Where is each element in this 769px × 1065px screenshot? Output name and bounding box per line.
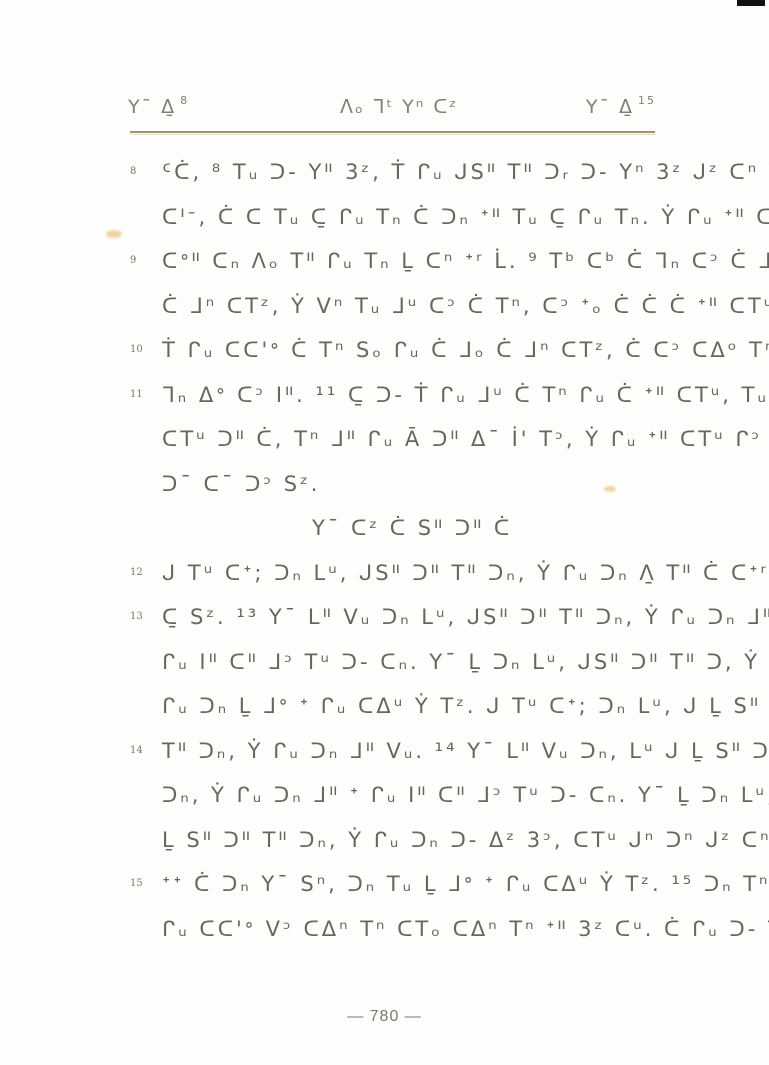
text-line: Ḻ Sᐦ ᑐᐦ Tᐦ ᑐₙ, Ẏ ᒋᵤ ᑐₙ ᑐ- ᐃᶻ 3ᵓ, ᑕTᵘ ᒍⁿ … — [130, 828, 670, 873]
line-text: ᑐₙ, Ẏ ᒋᵤ ᑐₙ ᒧᐦ ᐩ ᒋᵤ Iᐦ ᑕᐦ ᒧᵓ Tᵘ ᑐ- ᑕₙ. Y… — [162, 783, 769, 807]
header-left: Yˉ ᐃ̱8 — [128, 96, 189, 118]
line-text: ᑐˉ ᑕˉ ᑐᵓ Sᶻ. — [162, 472, 320, 496]
line-text: ᑕᐤᐦ ᑕₙ ᐱₒ Tᐦ ᒋᵤ Tₙ Ḻ ᑕⁿ ᐩʳ L̇. ⁹ Tᵇ ᑕᵇ ᑖ… — [162, 249, 769, 273]
line-text: ᑕ̱ Sᶻ. ¹³ Yˉ Lᐦ Vᵤ ᑐₙ Lᵘ, ᒍSᐦ ᑐᐦ Tᐦ ᑐₙ, … — [162, 605, 769, 629]
text-line: 10Ṫ ᒋᵤ ᑕᑕ'ᐤ ᑖ Tⁿ Sₒ ᒋᵤ ᑖ ᒧₒ ᑖ ᒧⁿ ᑕTᶻ, ᑖ … — [130, 338, 670, 383]
paper-stain — [106, 230, 122, 238]
text-line: ᑕTᵘ ᑐᐦ ᑖ, Tⁿ ᒧᐦ ᒋᵤ Ā ᑐᐦ ᐃˉ İ' Tᵓ, Ẏ ᒋᵤ ᐩ… — [130, 427, 670, 472]
text-line: ᒋᵤ Iᐦ ᑕᐦ ᒧᵓ Tᵘ ᑐ- ᑕₙ. Yˉ Ḻ ᑐₙ Lᵘ, ᒍSᐦ ᑐᐦ… — [130, 650, 670, 695]
line-text: ᑦᑖ, ⁸ Tᵤ ᑐ- Yᐦ 3ᶻ, Ṫ ᒋᵤ ᒍSᐦ Tᐦ ᑐᵣ ᑐ- Yⁿ … — [162, 160, 769, 184]
text-line: ᑖ ᒧⁿ ᑕTᶻ, Ẏ Vⁿ Tᵤ ᒧᵘ ᑕᵓ ᑖ Tⁿ, ᑕᵓ ᐩₒ ᑖ ᑖ … — [130, 294, 670, 339]
line-text: ᑕᑊᐨ, ᑖ ᑕ Tᵤ ᑕ̱ ᒋᵤ Tₙ ᑖ ᑐₙ ᐩᐦ Tᵤ ᑕ̱ ᒋᵤ Tₙ… — [162, 205, 769, 229]
header-title: ᐱₒ ᒣᵗ Yⁿ ᑕᶻ — [340, 96, 458, 118]
line-text: ᒋᵤ ᑐₙ Ḻ ᒧᐤ ᐩ ᒋᵤ ᑕᐃᵘ Ẏ Tᶻ. ᒍ Tᵘ ᑕᐩ; ᑐₙ Lᵘ… — [162, 694, 769, 718]
page-number: — 780 — — [0, 1008, 769, 1026]
verse-number: 8 — [130, 166, 136, 177]
body-text: 8ᑦᑖ, ⁸ Tᵤ ᑐ- Yᐦ 3ᶻ, Ṫ ᒋᵤ ᒍSᐦ Tᐦ ᑐᵣ ᑐ- Yⁿ… — [130, 160, 670, 961]
verse-number: 14 — [130, 745, 143, 756]
line-text: ᑕTᵘ ᑐᐦ ᑖ, Tⁿ ᒧᐦ ᒋᵤ Ā ᑐᐦ ᐃˉ İ' Tᵓ, Ẏ ᒋᵤ ᐩ… — [162, 427, 769, 451]
text-line: ᒋᵤ ᑐₙ Ḻ ᒧᐤ ᐩ ᒋᵤ ᑕᐃᵘ Ẏ Tᶻ. ᒍ Tᵘ ᑕᐩ; ᑐₙ Lᵘ… — [130, 694, 670, 739]
scan-edge-mark — [737, 0, 765, 6]
text-line: ᒋᵤ ᑕᑕ'ᐤ Vᵓ ᑕᐃⁿ Tⁿ ᑕTₒ ᑕᐃⁿ Tⁿ ᐩᐦ 3ᶻ ᑕᵘ. ᑖ… — [130, 917, 670, 962]
text-line: 12ᒍ Tᵘ ᑕᐩ; ᑐₙ Lᵘ, ᒍSᐦ ᑐᐦ Tᐦ ᑐₙ, Ẏ ᒋᵤ ᑐₙ … — [130, 561, 670, 606]
line-text: Ḻ Sᐦ ᑐᐦ Tᐦ ᑐₙ, Ẏ ᒋᵤ ᑐₙ ᑐ- ᐃᶻ 3ᵓ, ᑕTᵘ ᒍⁿ … — [162, 828, 769, 852]
line-text: ᐩᐩ ᑖ ᑐₙ Yˉ Sⁿ, ᑐₙ Tᵤ Ḻ ᒧᐤ ᐩ ᒋᵤ ᑕᐃᵘ Ẏ Tᶻ.… — [162, 872, 769, 896]
text-line: 8ᑦᑖ, ⁸ Tᵤ ᑐ- Yᐦ 3ᶻ, Ṫ ᒋᵤ ᒍSᐦ Tᐦ ᑐᵣ ᑐ- Yⁿ… — [130, 160, 670, 205]
text-line: 11ᒣₙ ᐃᐤ ᑕᵓ Iᐦ. ¹¹ ᑕ̱ ᑐ- Ṫ ᒋᵤ ᒧᵘ ᑖ Tⁿ ᒋᵤ … — [130, 383, 670, 428]
section-heading-text: Yˉ ᑕᶻ ᑖ Sᐦ ᑐᐦ ᑖ — [312, 516, 512, 540]
text-line: ᑐˉ ᑕˉ ᑐᵓ Sᶻ. — [130, 472, 670, 517]
line-text: Tᐦ ᑐₙ, Ẏ ᒋᵤ ᑐₙ ᒧᐦ Vᵤ. ¹⁴ Yˉ Lᐦ Vᵤ ᑐₙ, Lᵘ… — [162, 739, 769, 763]
header-left-text: Yˉ ᐃ̱ — [128, 96, 176, 118]
text-line: 13ᑕ̱ Sᶻ. ¹³ Yˉ Lᐦ Vᵤ ᑐₙ Lᵘ, ᒍSᐦ ᑐᐦ Tᐦ ᑐₙ… — [130, 605, 670, 650]
header-right: Yˉ ᐃ̱15 — [586, 96, 656, 118]
header-right-text: Yˉ ᐃ̱ — [586, 96, 634, 118]
line-text: ᒋᵤ Iᐦ ᑕᐦ ᒧᵓ Tᵘ ᑐ- ᑕₙ. Yˉ Ḻ ᑐₙ Lᵘ, ᒍSᐦ ᑐᐦ… — [162, 650, 760, 674]
verse-number: 12 — [130, 567, 143, 578]
line-text: ᒍ Tᵘ ᑕᐩ; ᑐₙ Lᵘ, ᒍSᐦ ᑐᐦ Tᐦ ᑐₙ, Ẏ ᒋᵤ ᑐₙ ᐱ̱… — [162, 561, 769, 585]
header-left-chapter: 8 — [180, 94, 189, 107]
line-text: ᑖ ᒧⁿ ᑕTᶻ, Ẏ Vⁿ Tᵤ ᒧᵘ ᑕᵓ ᑖ Tⁿ, ᑕᵓ ᐩₒ ᑖ ᑖ … — [162, 294, 769, 318]
line-text: Ṫ ᒋᵤ ᑕᑕ'ᐤ ᑖ Tⁿ Sₒ ᒋᵤ ᑖ ᒧₒ ᑖ ᒧⁿ ᑕTᶻ, ᑖ ᑕᵓ… — [162, 338, 769, 362]
verse-number: 15 — [130, 878, 143, 889]
text-line: 14Tᐦ ᑐₙ, Ẏ ᒋᵤ ᑐₙ ᒧᐦ Vᵤ. ¹⁴ Yˉ Lᐦ Vᵤ ᑐₙ, … — [130, 739, 670, 784]
verse-number: 13 — [130, 611, 143, 622]
running-header: Yˉ ᐃ̱8 ᐱₒ ᒣᵗ Yⁿ ᑕᶻ Yˉ ᐃ̱15 — [128, 96, 656, 126]
text-line: ᑕᑊᐨ, ᑖ ᑕ Tᵤ ᑕ̱ ᒋᵤ Tₙ ᑖ ᑐₙ ᐩᐦ Tᵤ ᑕ̱ ᒋᵤ Tₙ… — [130, 205, 670, 250]
text-line: ᑐₙ, Ẏ ᒋᵤ ᑐₙ ᒧᐦ ᐩ ᒋᵤ Iᐦ ᑕᐦ ᒧᵓ Tᵘ ᑐ- ᑕₙ. Y… — [130, 783, 670, 828]
verse-number: 9 — [130, 255, 136, 266]
line-text: ᒋᵤ ᑕᑕ'ᐤ Vᵓ ᑕᐃⁿ Tⁿ ᑕTₒ ᑕᐃⁿ Tⁿ ᐩᐦ 3ᶻ ᑕᵘ. ᑖ… — [162, 917, 769, 941]
text-line: 15ᐩᐩ ᑖ ᑐₙ Yˉ Sⁿ, ᑐₙ Tᵤ Ḻ ᒧᐤ ᐩ ᒋᵤ ᑕᐃᵘ Ẏ T… — [130, 872, 670, 917]
header-rule — [130, 131, 655, 133]
verse-number: 10 — [130, 344, 143, 355]
verse-number: 11 — [130, 389, 143, 400]
text-line: 9ᑕᐤᐦ ᑕₙ ᐱₒ Tᐦ ᒋᵤ Tₙ Ḻ ᑕⁿ ᐩʳ L̇. ⁹ Tᵇ ᑕᵇ … — [130, 249, 670, 294]
header-rule-shadow — [130, 134, 655, 135]
line-text: ᒣₙ ᐃᐤ ᑕᵓ Iᐦ. ¹¹ ᑕ̱ ᑐ- Ṫ ᒋᵤ ᒧᵘ ᑖ Tⁿ ᒋᵤ ᑖ … — [162, 383, 769, 407]
header-right-verse: 15 — [638, 94, 656, 107]
section-heading: Yˉ ᑕᶻ ᑖ Sᐦ ᑐᐦ ᑖ — [130, 516, 670, 561]
